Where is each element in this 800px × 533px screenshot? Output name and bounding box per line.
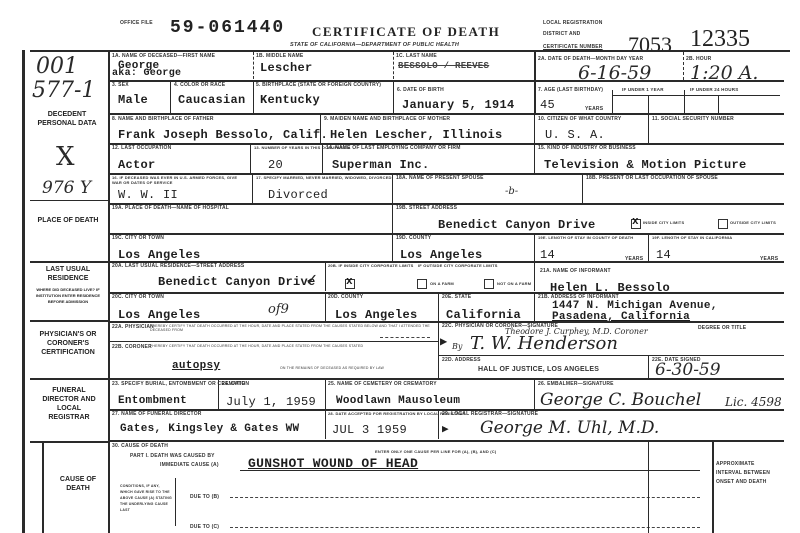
street-address-label: 19b. STREET ADDRESS — [396, 205, 457, 211]
residence-city-note: of9 — [268, 302, 289, 317]
middle-name-value: Lescher — [260, 61, 313, 75]
cell-divider — [648, 233, 649, 261]
date-of-birth-value: January 5, 1914 — [402, 98, 515, 112]
physician-date-line — [380, 337, 430, 339]
outside-city-limits-checkbox[interactable] — [718, 219, 728, 229]
cell-divider — [684, 90, 685, 113]
cell-divider — [438, 409, 439, 439]
cell-divider — [393, 80, 394, 113]
employer-value: Superman Inc. — [332, 158, 430, 172]
sex-label: 3. SEX — [112, 82, 129, 88]
side-divider — [30, 261, 108, 263]
last-name-label: 1c. LAST NAME — [396, 53, 437, 59]
last-name-value: BESSOLO / REEVES — [398, 61, 489, 71]
ssn-label: 11. SOCIAL SECURITY NUMBER — [652, 116, 734, 122]
cell-divider — [534, 378, 535, 409]
side-divider — [30, 200, 108, 201]
cell-divider — [218, 378, 219, 409]
cell-divider — [253, 52, 255, 79]
spouse-occupation-label: 18b. PRESENT OR LAST OCCUPATION OF SPOUS… — [586, 175, 718, 181]
funeral-director-value: Gates, Kingsley & Gates WW — [120, 423, 299, 435]
cemetery-label: 25. NAME OF CEMETERY OR CREMATORY — [328, 381, 437, 387]
cell-divider — [392, 173, 393, 203]
armed-forces-label: 16. IF DECEASED WAS EVER IN U.S. ARMED F… — [112, 175, 242, 185]
age-value: 45 — [540, 98, 555, 112]
cell-divider — [534, 113, 535, 143]
sex-value: Male — [118, 93, 148, 107]
cell-divider — [325, 292, 326, 321]
cell-divider — [718, 95, 719, 113]
industry-value: Television & Motion Picture — [544, 158, 747, 172]
father-label: 8. NAME AND BIRTHPLACE OF FATHER — [112, 116, 214, 122]
cell-divider — [534, 52, 536, 114]
cell-divider — [648, 95, 649, 113]
armed-forces-value: W. W. II — [118, 188, 178, 202]
cell-divider — [612, 95, 780, 96]
district-label: DISTRICT AND — [543, 31, 581, 37]
occupation-value: Actor — [118, 158, 156, 172]
arrow-icon: ▶ — [440, 334, 447, 349]
industry-label: 15. KIND OF INDUSTRY OR BUSINESS — [538, 145, 636, 151]
certificate-subtitle: STATE OF CALIFORNIA—DEPARTMENT OF PUBLIC… — [290, 42, 459, 48]
signature-by: By — [452, 342, 462, 351]
section-physicians-certification: PHYSICIAN'S OR CORONER'S CERTIFICATION — [30, 330, 106, 357]
occupation-label: 12. LAST OCCUPATION — [112, 145, 171, 151]
first-name-label: 1a. NAME OF DECEASED—FIRST NAME — [112, 53, 215, 59]
city-of-death-label: 19c. CITY OR TOWN — [112, 235, 164, 241]
inside-city-limits-checkbox[interactable]: x — [631, 219, 641, 229]
cell-divider — [170, 80, 171, 113]
residence-outside-city-label: IF OUTSIDE CITY CORPORATE LIMITS — [418, 263, 498, 268]
cell-divider — [438, 321, 439, 378]
city-of-death-value: Los Angeles — [118, 248, 201, 262]
row-divider — [108, 113, 784, 115]
embalmer-signature: George C. Bouchel — [540, 390, 701, 410]
cell-divider — [534, 143, 535, 173]
physician-address-label: 22d. ADDRESS — [442, 357, 481, 363]
section-decedent-personal-data: DECEDENT PERSONAL DATA — [32, 110, 102, 128]
cell-divider — [393, 52, 395, 79]
cell-divider — [683, 52, 685, 80]
funeral-director-label: 27. NAME OF FUNERAL DIRECTOR — [112, 411, 202, 417]
cell-divider — [712, 440, 714, 533]
date-signed-value: 6-30-59 — [655, 360, 721, 380]
coroner-suffix: ON THE REMAINS OF DECEASED AS REQUIRED B… — [280, 366, 384, 370]
inside-city-limits-label: INSIDE CITY LIMITS — [643, 220, 684, 225]
race-label: 4. COLOR OR RACE — [174, 82, 225, 88]
embalmer-label: 26. EMBALMER—SIGNATURE — [538, 381, 614, 387]
cell-divider — [322, 143, 323, 173]
on-farm-label: ON A FARM — [430, 281, 454, 286]
side-divider — [30, 320, 108, 322]
side-divider — [30, 378, 108, 380]
row-divider — [108, 378, 784, 380]
present-spouse-label: 18a. NAME OF PRESENT SPOUSE — [396, 175, 484, 181]
residence-checkmark: ✓ — [305, 270, 318, 289]
embalmer-license: Lic. 4598 — [725, 395, 782, 409]
cell-divider — [534, 292, 535, 321]
cemetery-value: Woodlawn Mausoleum — [336, 395, 460, 407]
due-to-c-line — [230, 527, 700, 529]
cell-divider — [534, 233, 535, 261]
residence-city-value: Los Angeles — [118, 308, 201, 322]
side-divider — [42, 441, 44, 533]
margin-code-3: 976 Y — [42, 178, 91, 198]
informant-label: 21a. NAME OF INFORMANT — [540, 268, 611, 274]
coroner-autopsy-value: autopsy — [172, 360, 220, 372]
date-accepted-value: JUL 3 1959 — [332, 423, 407, 437]
coroner-cert-text: I HEREBY CERTIFY THAT DEATH OCCURRED AT … — [150, 344, 430, 348]
present-spouse-value: -b- — [505, 186, 518, 197]
local-registration-label: LOCAL REGISTRATION — [543, 20, 603, 26]
cell-divider — [175, 478, 176, 526]
residence-county-value: Los Angeles — [335, 308, 418, 322]
arrow-icon: ▶ — [442, 422, 449, 436]
section-cause-of-death: CAUSE OF DEATH — [50, 475, 106, 493]
cause-line — [240, 470, 700, 471]
cell-divider — [320, 113, 321, 143]
cell-divider — [438, 292, 439, 321]
cell-divider — [648, 440, 649, 533]
conditions-label: CONDITIONS, IF ANY, WHICH GAVE RISE TO T… — [120, 483, 172, 513]
physician-address-value: HALL OF JUSTICE, LOS ANGELES — [478, 366, 599, 373]
section-funeral-director: FUNERAL DIRECTOR AND LOCAL REGISTRAR — [36, 386, 102, 422]
citizen-label: 10. CITIZEN OF WHAT COUNTRY — [538, 116, 621, 122]
local-registrar-label: 29. LOCAL REGISTRAR—SIGNATURE — [442, 411, 538, 417]
residence-note: WHERE DID DECEASED LIVE? IF INSTITUTION … — [34, 287, 102, 305]
cell-divider — [648, 113, 649, 143]
cause-header-note: ENTER ONLY ONE CAUSE PER LINE FOR (a), (… — [375, 449, 496, 454]
office-file-label: OFFICE FILE — [120, 20, 153, 26]
state-file-number: 59-061440 — [170, 18, 285, 38]
residence-state-label: 20e. STATE — [442, 294, 471, 300]
cell-divider — [325, 378, 326, 409]
section-place-of-death: PLACE OF DEATH — [36, 216, 100, 225]
years-occupation-value: 20 — [268, 158, 283, 172]
cell-divider — [253, 80, 254, 113]
cause-immediate-value: GUNSHOT WOUND OF HEAD — [248, 456, 418, 471]
stay-county-label: 19e. LENGTH OF STAY IN COUNTY OF DEATH — [538, 235, 633, 240]
certificate-title: CERTIFICATE OF DEATH — [312, 24, 500, 40]
first-name-alias: aka: George — [112, 68, 181, 79]
margin-code-2: 577-1 — [32, 78, 95, 103]
margin-check-mark: X — [56, 142, 75, 172]
residence-street-value: Benedict Canyon Drive — [158, 275, 316, 289]
row-divider — [108, 341, 438, 342]
father-value: Frank Joseph Bessolo, Calif. — [118, 128, 328, 142]
stay-california-label: 19f. LENGTH OF STAY IN CALIFORNIA — [652, 235, 732, 240]
disposition-value: Entombment — [118, 395, 187, 407]
district-number: 7053 — [628, 32, 672, 58]
residence-inside-city-label: 20b. IF INSIDE CITY CORPORATE LIMITS — [328, 263, 414, 268]
physician-cert-text: I HEREBY CERTIFY THAT DEATH OCCURRED AT … — [150, 324, 430, 332]
middle-name-label: 1b. MIDDLE NAME — [256, 53, 303, 59]
residence-county-label: 20d. COUNTY — [328, 294, 363, 300]
not-on-farm-checkbox[interactable] — [484, 279, 494, 289]
not-on-farm-label: NOT ON A FARM — [497, 281, 531, 286]
mother-label: 9. MAIDEN NAME AND BIRTHPLACE OF MOTHER — [324, 116, 450, 122]
degree-label: DEGREE OR TITLE — [698, 325, 746, 331]
birthplace-label: 5. BIRTHPLACE (STATE OR FOREIGN COUNTRY) — [256, 82, 381, 88]
cell-divider — [612, 90, 613, 113]
cell-divider — [252, 173, 253, 203]
margin-code-1: 001 — [36, 54, 78, 79]
age-unit: YEARS — [585, 106, 603, 112]
certificate-number: 12335 — [690, 26, 750, 53]
cell-divider — [325, 261, 326, 291]
stay-county-value: 14 — [540, 248, 555, 262]
age-under-year-label: IF UNDER 1 YEAR — [622, 87, 664, 92]
local-registrar-signature: George M. Uhl, M.D. — [480, 418, 659, 438]
cell-divider — [250, 143, 251, 173]
stay-california-value: 14 — [656, 248, 671, 262]
cause-part1-label: PART I. DEATH WAS CAUSED BY — [130, 453, 215, 459]
employer-label: 14. NAME OF LAST EMPLOYING COMPANY OR FI… — [326, 145, 461, 151]
outside-city-limits-label: OUTSIDE CITY LIMITS — [730, 220, 776, 225]
residence-street-label: 20a. LAST USUAL RESIDENCE—STREET ADDRESS — [112, 263, 244, 269]
row-divider — [438, 355, 784, 356]
disposition-date-label: 24. DATE — [222, 381, 245, 387]
residence-state-value: California — [446, 308, 521, 322]
disposition-date-value: July 1, 1959 — [226, 395, 316, 409]
marital-status-label: 17. SPECIFY MARRIED, NEVER MARRIED, WIDO… — [256, 175, 392, 180]
age-under-day-label: IF UNDER 24 HOURS — [690, 87, 738, 92]
age-label: 7. AGE (LAST BIRTHDAY) — [538, 87, 603, 93]
place-of-death-label: 19a. PLACE OF DEATH—NAME OF HOSPITAL — [112, 205, 229, 211]
row-divider — [108, 440, 784, 442]
marital-status-value: Divorced — [268, 188, 328, 202]
frame-top — [30, 50, 790, 52]
county-of-death-value: Los Angeles — [400, 248, 483, 262]
physician-label: 22a. PHYSICIAN — [112, 324, 154, 330]
race-value: Caucasian — [178, 93, 246, 107]
physician-signature: T. W. Henderson — [470, 333, 618, 354]
street-address-value: Benedict Canyon Drive — [438, 218, 596, 232]
cell-divider — [325, 409, 326, 439]
frame-left — [22, 50, 25, 533]
birthplace-value: Kentucky — [260, 93, 320, 107]
county-of-death-label: 19d. COUNTY — [396, 235, 431, 241]
interval-label: APPROXIMATE INTERVAL BETWEEN ONSET AND D… — [716, 460, 778, 487]
date-of-birth-label: 6. DATE OF BIRTH — [397, 87, 444, 93]
cause-header-label: 30. CAUSE OF DEATH — [112, 443, 168, 449]
mother-value: Helen Lescher, Illinois — [330, 128, 503, 142]
on-farm-checkbox[interactable] — [417, 279, 427, 289]
citizen-value: U. S. A. — [545, 128, 605, 142]
residence-inside-city-checkbox[interactable]: x — [345, 279, 355, 289]
cell-divider — [648, 355, 649, 378]
cell-divider — [392, 203, 393, 233]
cause-part1-sub: IMMEDIATE CAUSE (a) — [160, 462, 219, 468]
coroner-label: 22b. CORONER — [112, 344, 152, 350]
cell-divider — [534, 261, 535, 291]
due-to-c-label: DUE TO (c) — [190, 524, 219, 530]
residence-city-label: 20c. CITY OR TOWN — [112, 294, 164, 300]
section-last-usual-residence: LAST USUAL RESIDENCE — [32, 265, 104, 283]
due-to-b-label: DUE TO (b) — [190, 494, 219, 500]
due-to-b-line — [230, 497, 700, 499]
cell-divider — [582, 173, 583, 203]
cell-divider — [392, 233, 393, 261]
